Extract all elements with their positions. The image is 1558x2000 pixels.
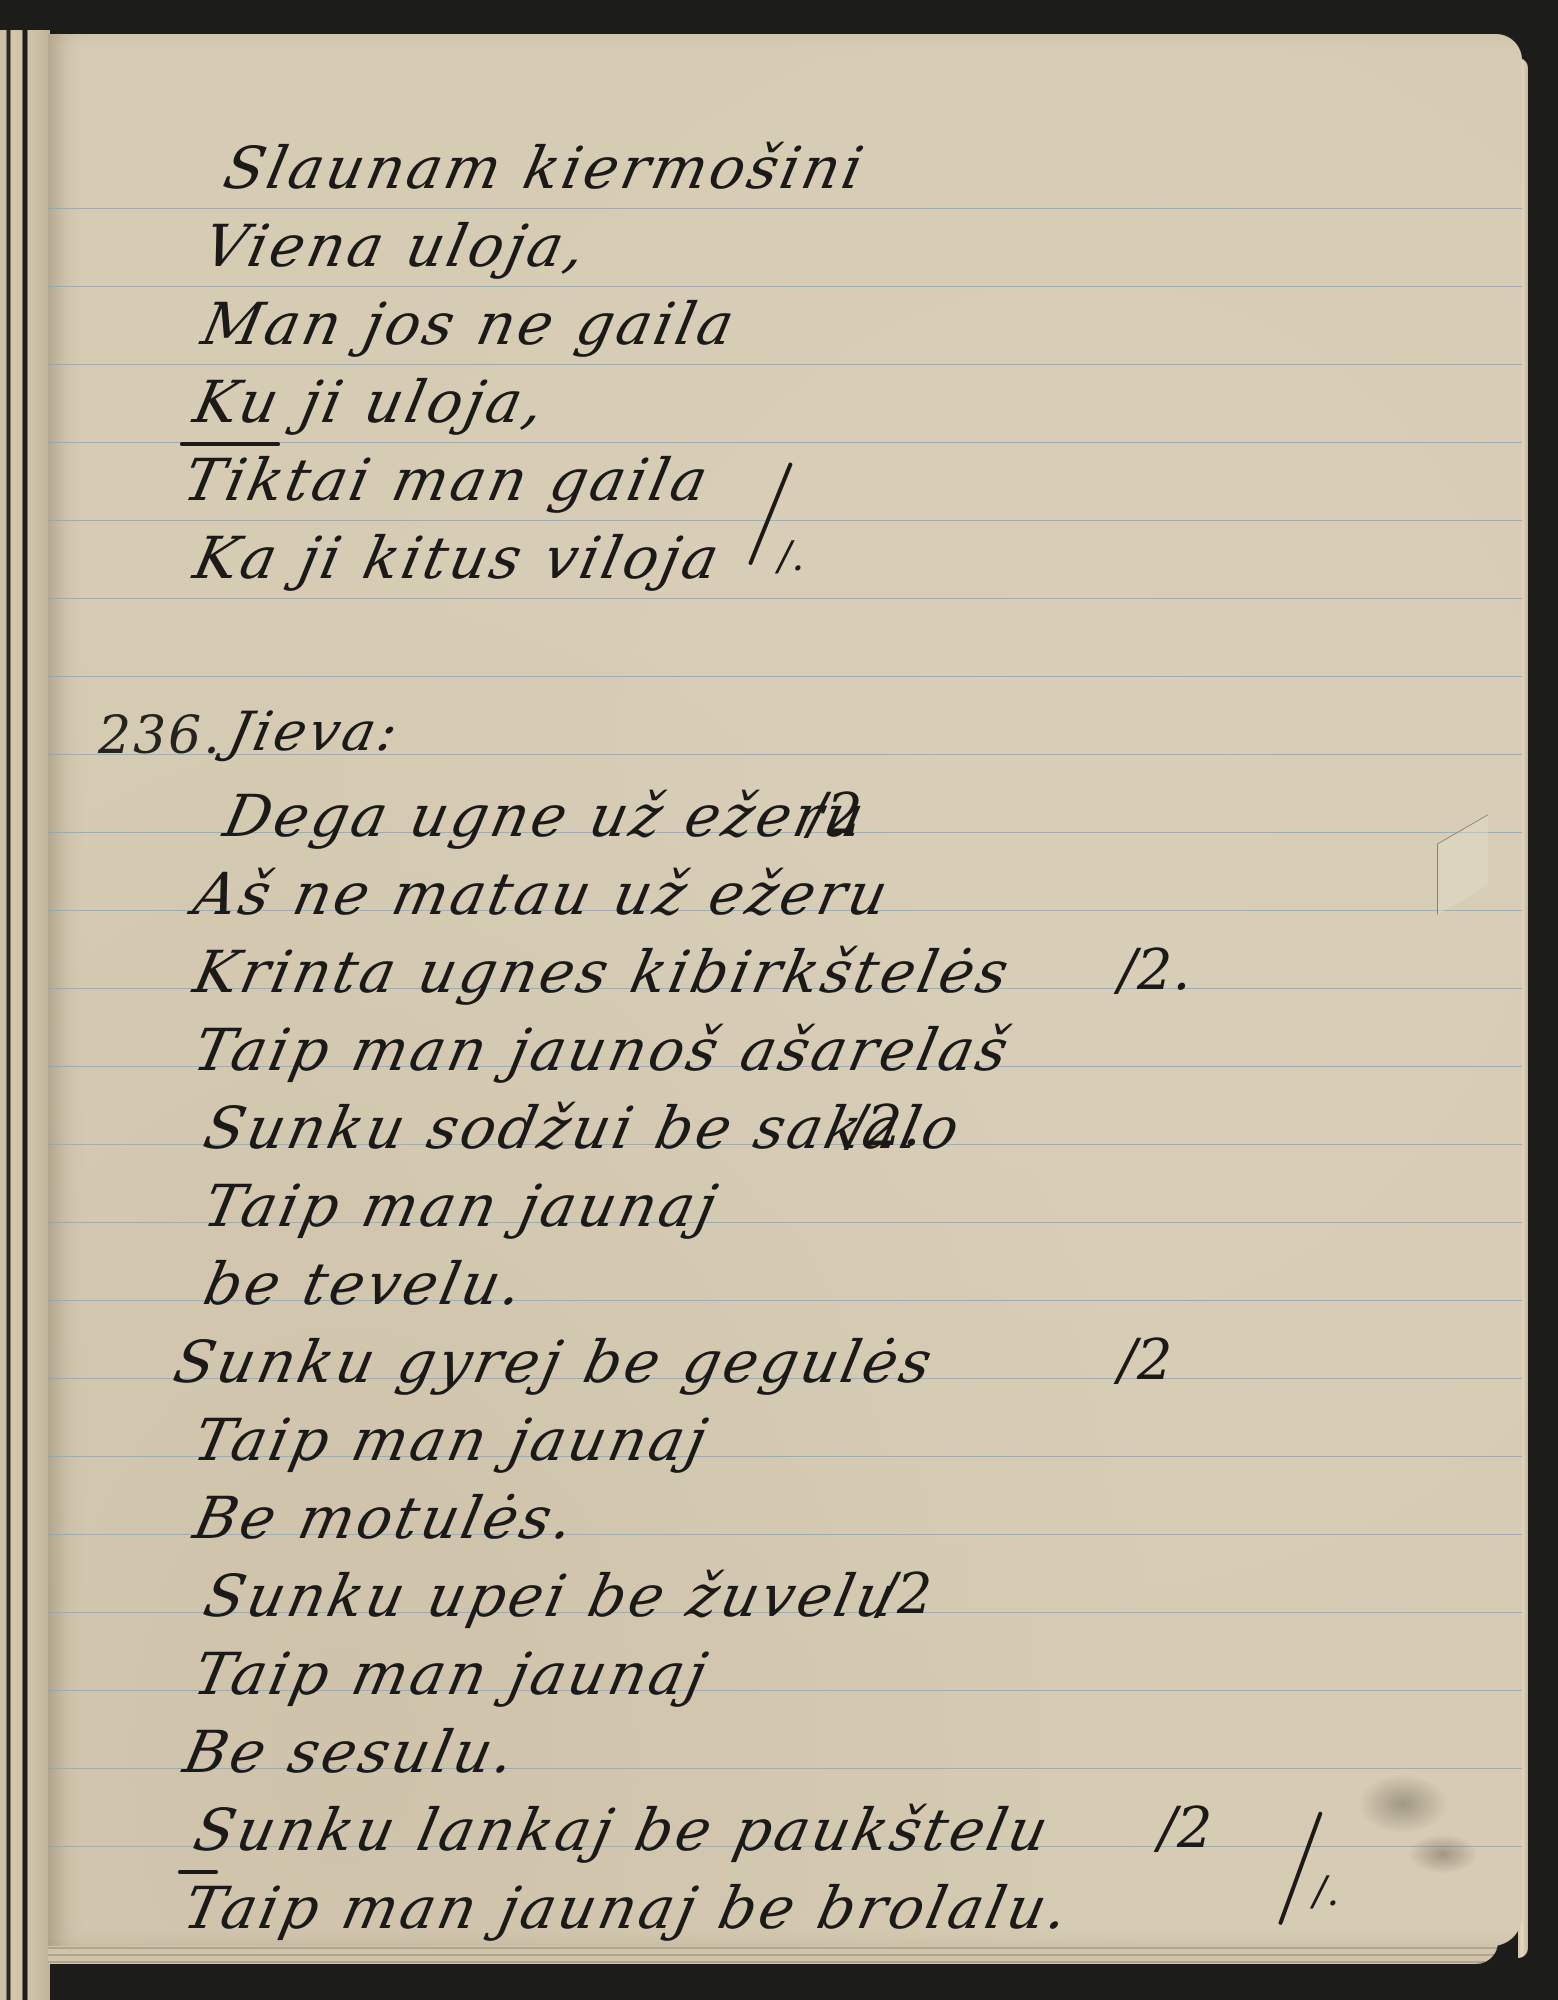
notebook-spine: [0, 30, 50, 2000]
song-line: Aš ne matau už ežeru: [188, 860, 897, 928]
repeat-mark: /2.: [848, 1094, 920, 1159]
ink-smudge: [1358, 1774, 1448, 1834]
poem-line: Man jos ne gaila: [196, 290, 743, 358]
song-line: Taip man jaunaj: [188, 1640, 716, 1708]
song-line: Taip man jaunaj: [198, 1172, 726, 1240]
song-line: Sunku upei be žuvelu: [198, 1562, 904, 1630]
ruled-line: [48, 520, 1522, 521]
ruled-line: [48, 676, 1522, 677]
repeat-mark: /2: [808, 782, 863, 847]
repeat-mark: /2: [1118, 1328, 1173, 1393]
repeat-mark: /2: [878, 1562, 933, 1627]
song-line: Sunku gyrej be gegulės: [168, 1328, 941, 1396]
song-line: Krinta ugnes kibirkštelės: [188, 938, 1017, 1006]
ink-smudge: [1408, 1834, 1478, 1874]
song-line: Be sesulu.: [178, 1718, 523, 1786]
ruled-line: [48, 364, 1522, 365]
song-line: Taip man jaunaj be brolalu.: [178, 1874, 1077, 1942]
song-line: Dega ugne už ežeru: [218, 782, 873, 850]
repeat-mark: /2: [1158, 1796, 1213, 1861]
song-line: Taip man jaunoš ašarelaš: [188, 1016, 1017, 1084]
song-line: be tevelu.: [198, 1250, 531, 1318]
song-line: Be motulės.: [188, 1484, 583, 1552]
end-mark: /.: [1313, 1869, 1339, 1915]
song-number: 236.: [98, 706, 222, 766]
poem-line: Viena uloja,: [198, 212, 594, 280]
end-mark: /.: [778, 534, 804, 580]
ruled-line: [48, 598, 1522, 599]
poem-line: Tiktai man gaila: [178, 446, 716, 514]
folded-corner: [1437, 814, 1488, 914]
ruled-line: [48, 286, 1522, 287]
song-title: Jieva:: [223, 700, 406, 763]
song-line: Sunku lankaj be paukštelu: [188, 1796, 1057, 1864]
poem-line: Ku ji uloja,: [188, 368, 553, 436]
ruled-line: [48, 208, 1522, 209]
poem-line: Slaunam kiermošini: [218, 134, 872, 202]
notebook-page: Slaunam kiermošini Viena uloja, Man jos …: [48, 34, 1522, 1946]
song-line: Taip man jaunaj: [188, 1406, 716, 1474]
poem-line: Ka ji kitus viloja: [188, 524, 728, 592]
repeat-mark: /2.: [1118, 938, 1190, 1003]
